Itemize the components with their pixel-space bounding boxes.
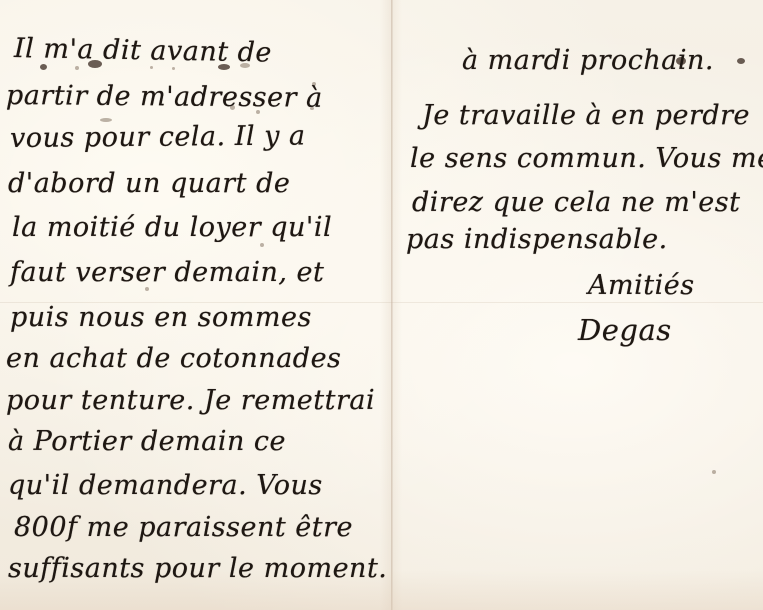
letter-line: pour tenture. Je remettrai xyxy=(6,385,375,416)
letter-page-right: à mardi prochain. Je travaille à en perd… xyxy=(392,0,763,610)
letter-line: vous pour cela. Il y a xyxy=(10,120,306,154)
letter-line: d'abord un quart de xyxy=(8,168,290,199)
letter-page-left: Il m'a dit avant de partir de m'adresser… xyxy=(0,0,392,610)
letter-line: Je travaille à en perdre xyxy=(422,100,750,131)
letter-line: à Portier demain ce xyxy=(8,426,286,457)
letter-sheet: Il m'a dit avant de partir de m'adresser… xyxy=(0,0,763,610)
letter-line: qu'il demandera. Vous xyxy=(8,470,323,501)
letter-line: pas indispensable. xyxy=(406,224,668,255)
letter-line: la moitié du loyer qu'il xyxy=(12,212,332,243)
letter-line: le sens commun. Vous me xyxy=(410,143,763,174)
letter-line: Il m'a dit avant de xyxy=(14,33,272,68)
letter-line: en achat de cotonnades xyxy=(6,343,341,374)
letter-line: puis nous en sommes xyxy=(10,302,312,333)
letter-line: 800f me paraissent être xyxy=(14,512,353,543)
letter-closing: Amitiés xyxy=(588,270,695,301)
letter-line: à mardi prochain. xyxy=(462,45,714,76)
letter-signature: Degas xyxy=(578,313,672,347)
letter-line: direz que cela ne m'est xyxy=(412,187,740,218)
letter-line: suffisants pour le moment. xyxy=(8,553,387,584)
letter-line: faut verser demain, et xyxy=(10,257,324,288)
letter-line: partir de m'adresser à xyxy=(6,80,323,114)
